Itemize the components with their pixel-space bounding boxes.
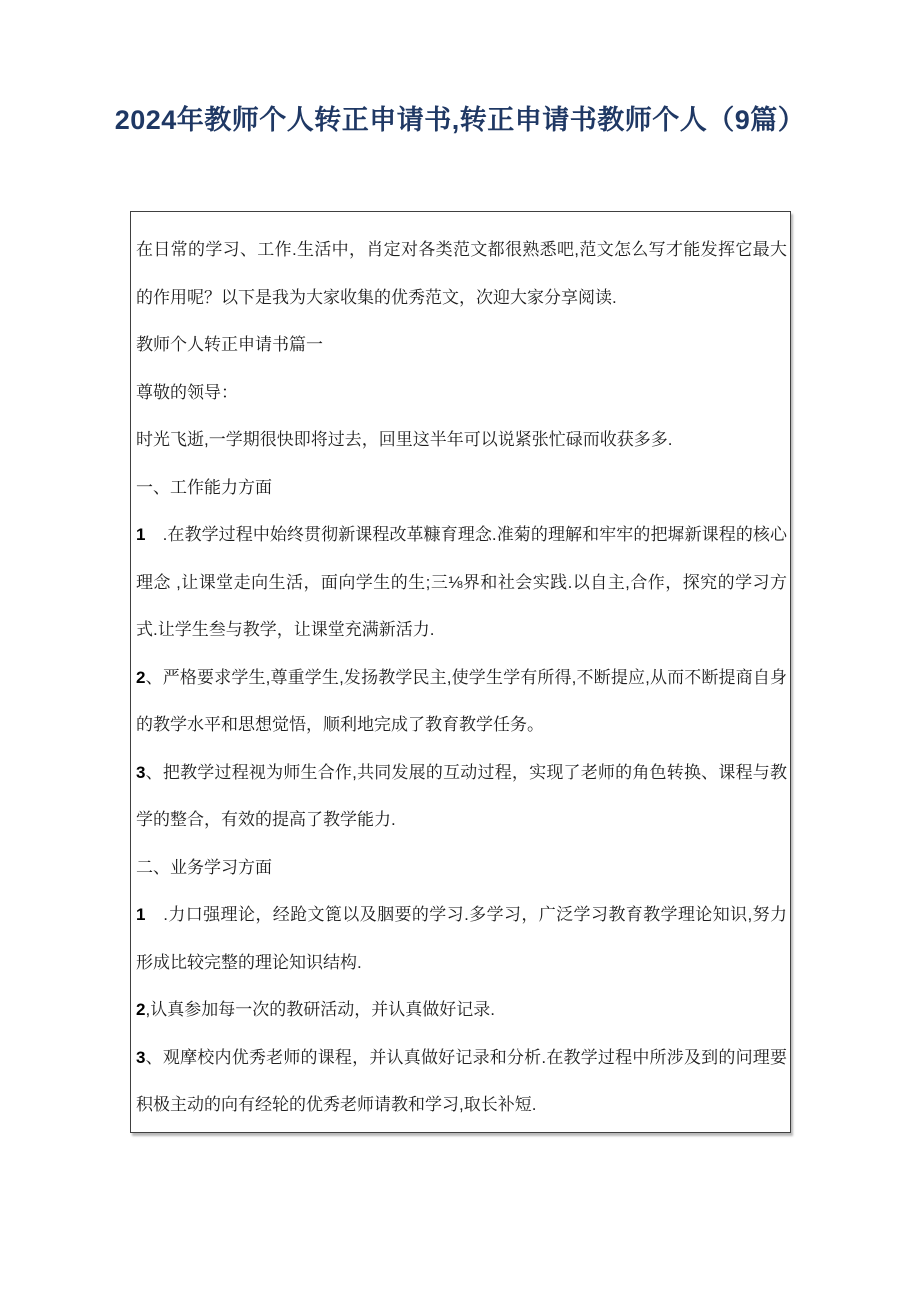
paragraph-text: ,认真参加每一次的教研活动，并认真做好记录. xyxy=(145,1000,494,1019)
paragraph: 二、业务学习方面 xyxy=(136,844,787,892)
paragraph-text: .力口强理论，经跄文篦以及胭要的学习.多学习，广泛学习教育教学理论知识,努力形成… xyxy=(136,905,787,972)
paragraph: 3、观摩校内优秀老师的课程，并认真做好记录和分析.在教学过程中所涉及到的问理要积… xyxy=(136,1034,787,1129)
paragraph-text: 时光飞逝,一学期很快即将过去，回里这半年可以说紧张忙碌而收获多多. xyxy=(136,430,672,449)
paragraph: 1 .在教学过程中始终贯彻新课程改革糠育理念.准菊的理解和牢牢的把墀新课程的核心… xyxy=(136,511,787,654)
paragraph: 尊敬的领导： xyxy=(136,369,787,417)
paragraph: 一、工作能力方面 xyxy=(136,464,787,512)
paragraph-text: 、把教学过程视为师生合作,共同发展的互动过程，实现了老师的角色转换、课程与教学的… xyxy=(136,763,787,830)
paragraph: 在日常的学习、工作.生活中，肖定对各类范文都很熟悉吧,范文怎么写才能发挥它最大的… xyxy=(136,226,787,321)
document-page: 2024年教师个人转正申请书,转正申请书教师个人（9篇） 在日常的学习、工作.生… xyxy=(0,0,920,1301)
paragraph: 2、严格要求学生,尊重学生,发扬教学民主,使学生学有所得,不断提应,从而不断提商… xyxy=(136,654,787,749)
paragraph-text: 、严格要求学生,尊重学生,发扬教学民主,使学生学有所得,不断提应,从而不断提商自… xyxy=(136,668,787,735)
paragraph: 教师个人转正申请书篇一 xyxy=(136,321,787,369)
paragraph-text: 、观摩校内优秀老师的课程，并认真做好记录和分析.在教学过程中所涉及到的问理要积极… xyxy=(136,1048,787,1115)
content-box: 在日常的学习、工作.生活中，肖定对各类范文都很熟悉吧,范文怎么写才能发挥它最大的… xyxy=(130,211,791,1133)
paragraph: 3、把教学过程视为师生合作,共同发展的互动过程，实现了老师的角色转换、课程与教学… xyxy=(136,749,787,844)
page-title: 2024年教师个人转正申请书,转正申请书教师个人（9篇） xyxy=(0,98,920,137)
paragraph-text: 一、工作能力方面 xyxy=(136,478,272,497)
paragraph: 1 .力口强理论，经跄文篦以及胭要的学习.多学习，广泛学习教育教学理论知识,努力… xyxy=(136,891,787,986)
paragraph-text: 在日常的学习、工作.生活中，肖定对各类范文都很熟悉吧,范文怎么写才能发挥它最大的… xyxy=(136,240,787,307)
paragraph: 时光飞逝,一学期很快即将过去，回里这半年可以说紧张忙碌而收获多多. xyxy=(136,416,787,464)
paragraph: 2,认真参加每一次的教研活动，并认真做好记录. xyxy=(136,986,787,1034)
paragraph-text: 二、业务学习方面 xyxy=(136,858,272,877)
paragraph-text: 尊敬的领导： xyxy=(136,383,238,402)
paragraph-text: 教师个人转正申请书篇一 xyxy=(136,335,323,354)
paragraph-text: .在教学过程中始终贯彻新课程改革糠育理念.准菊的理解和牢牢的把墀新课程的核心理念… xyxy=(136,525,787,639)
paragraph-list: 在日常的学习、工作.生活中，肖定对各类范文都很熟悉吧,范文怎么写才能发挥它最大的… xyxy=(131,212,790,1132)
